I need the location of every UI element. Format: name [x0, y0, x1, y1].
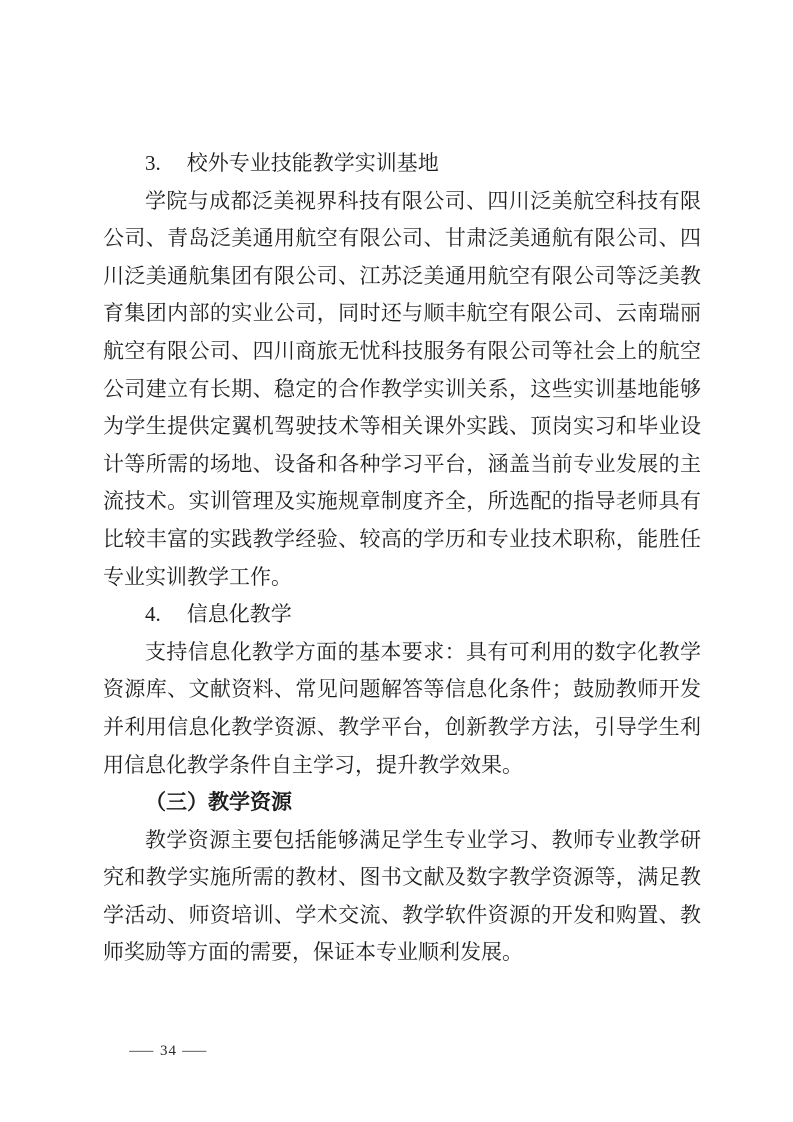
paragraph-informatization-teaching: 支持信息化教学方面的基本要求：具有可利用的数字化教学资源库、文献资料、常见问题解…	[103, 634, 701, 784]
document-content: 3.校外专业技能教学实训基地 学院与成都泛美视界科技有限公司、四川泛美航空科技有…	[103, 145, 701, 972]
page-footer: —34—	[124, 1040, 213, 1062]
heading-title: 信息化教学	[187, 602, 292, 626]
heading-number: 3.	[145, 151, 161, 175]
paragraph-teaching-resources: 教学资源主要包括能够满足学生专业学习、教师专业教学研究和教学实施所需的教材、图书…	[103, 822, 701, 972]
heading-number: 4.	[145, 602, 161, 626]
page-number: 34	[160, 1040, 177, 1062]
heading-title: 校外专业技能教学实训基地	[187, 151, 439, 175]
footer-dash-left: —	[129, 1040, 155, 1062]
section-heading-teaching-resources: （三）教学资源	[103, 784, 701, 822]
section-heading-4: 4.信息化教学	[103, 596, 701, 634]
paragraph-training-bases: 学院与成都泛美视界科技有限公司、四川泛美航空科技有限公司、青岛泛美通用航空有限公…	[103, 183, 701, 597]
footer-dash-right: —	[182, 1040, 208, 1062]
document-page: 3.校外专业技能教学实训基地 学院与成都泛美视界科技有限公司、四川泛美航空科技有…	[0, 0, 793, 1122]
section-heading-3: 3.校外专业技能教学实训基地	[103, 145, 701, 183]
